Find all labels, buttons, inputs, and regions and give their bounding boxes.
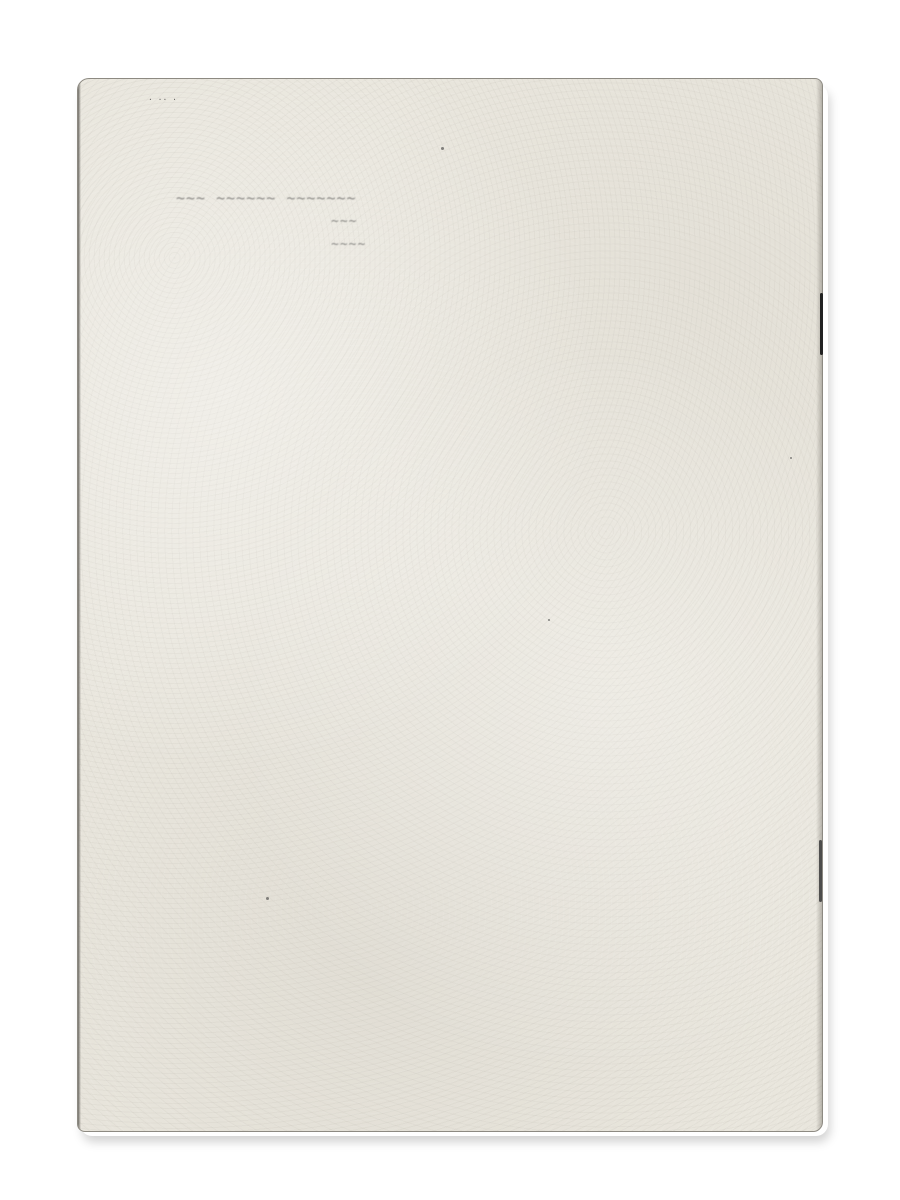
paper-speck bbox=[548, 619, 550, 621]
corner-ink-mark: · ·· · bbox=[148, 95, 177, 104]
staple-bottom bbox=[819, 840, 822, 902]
setoff-text-line-3: ~~~~ bbox=[331, 237, 366, 252]
setoff-text-line-2: ~~~ bbox=[331, 214, 357, 229]
photo-scene: · ·· · ~~~ ~~~~~~ ~~~~~~~ ~~~ ~~~~ bbox=[0, 0, 900, 1200]
paper-speck bbox=[266, 897, 269, 900]
paper-speck bbox=[441, 147, 444, 150]
booklet-back-cover: · ·· · ~~~ ~~~~~~ ~~~~~~~ ~~~ ~~~~ bbox=[77, 78, 823, 1132]
staple-top bbox=[820, 293, 823, 355]
setoff-text-line-1: ~~~ ~~~~~~ ~~~~~~~ bbox=[176, 189, 357, 207]
cover-left-edge bbox=[78, 79, 81, 1131]
paper-speck bbox=[790, 457, 792, 459]
cover-spine-edge bbox=[816, 79, 822, 1131]
